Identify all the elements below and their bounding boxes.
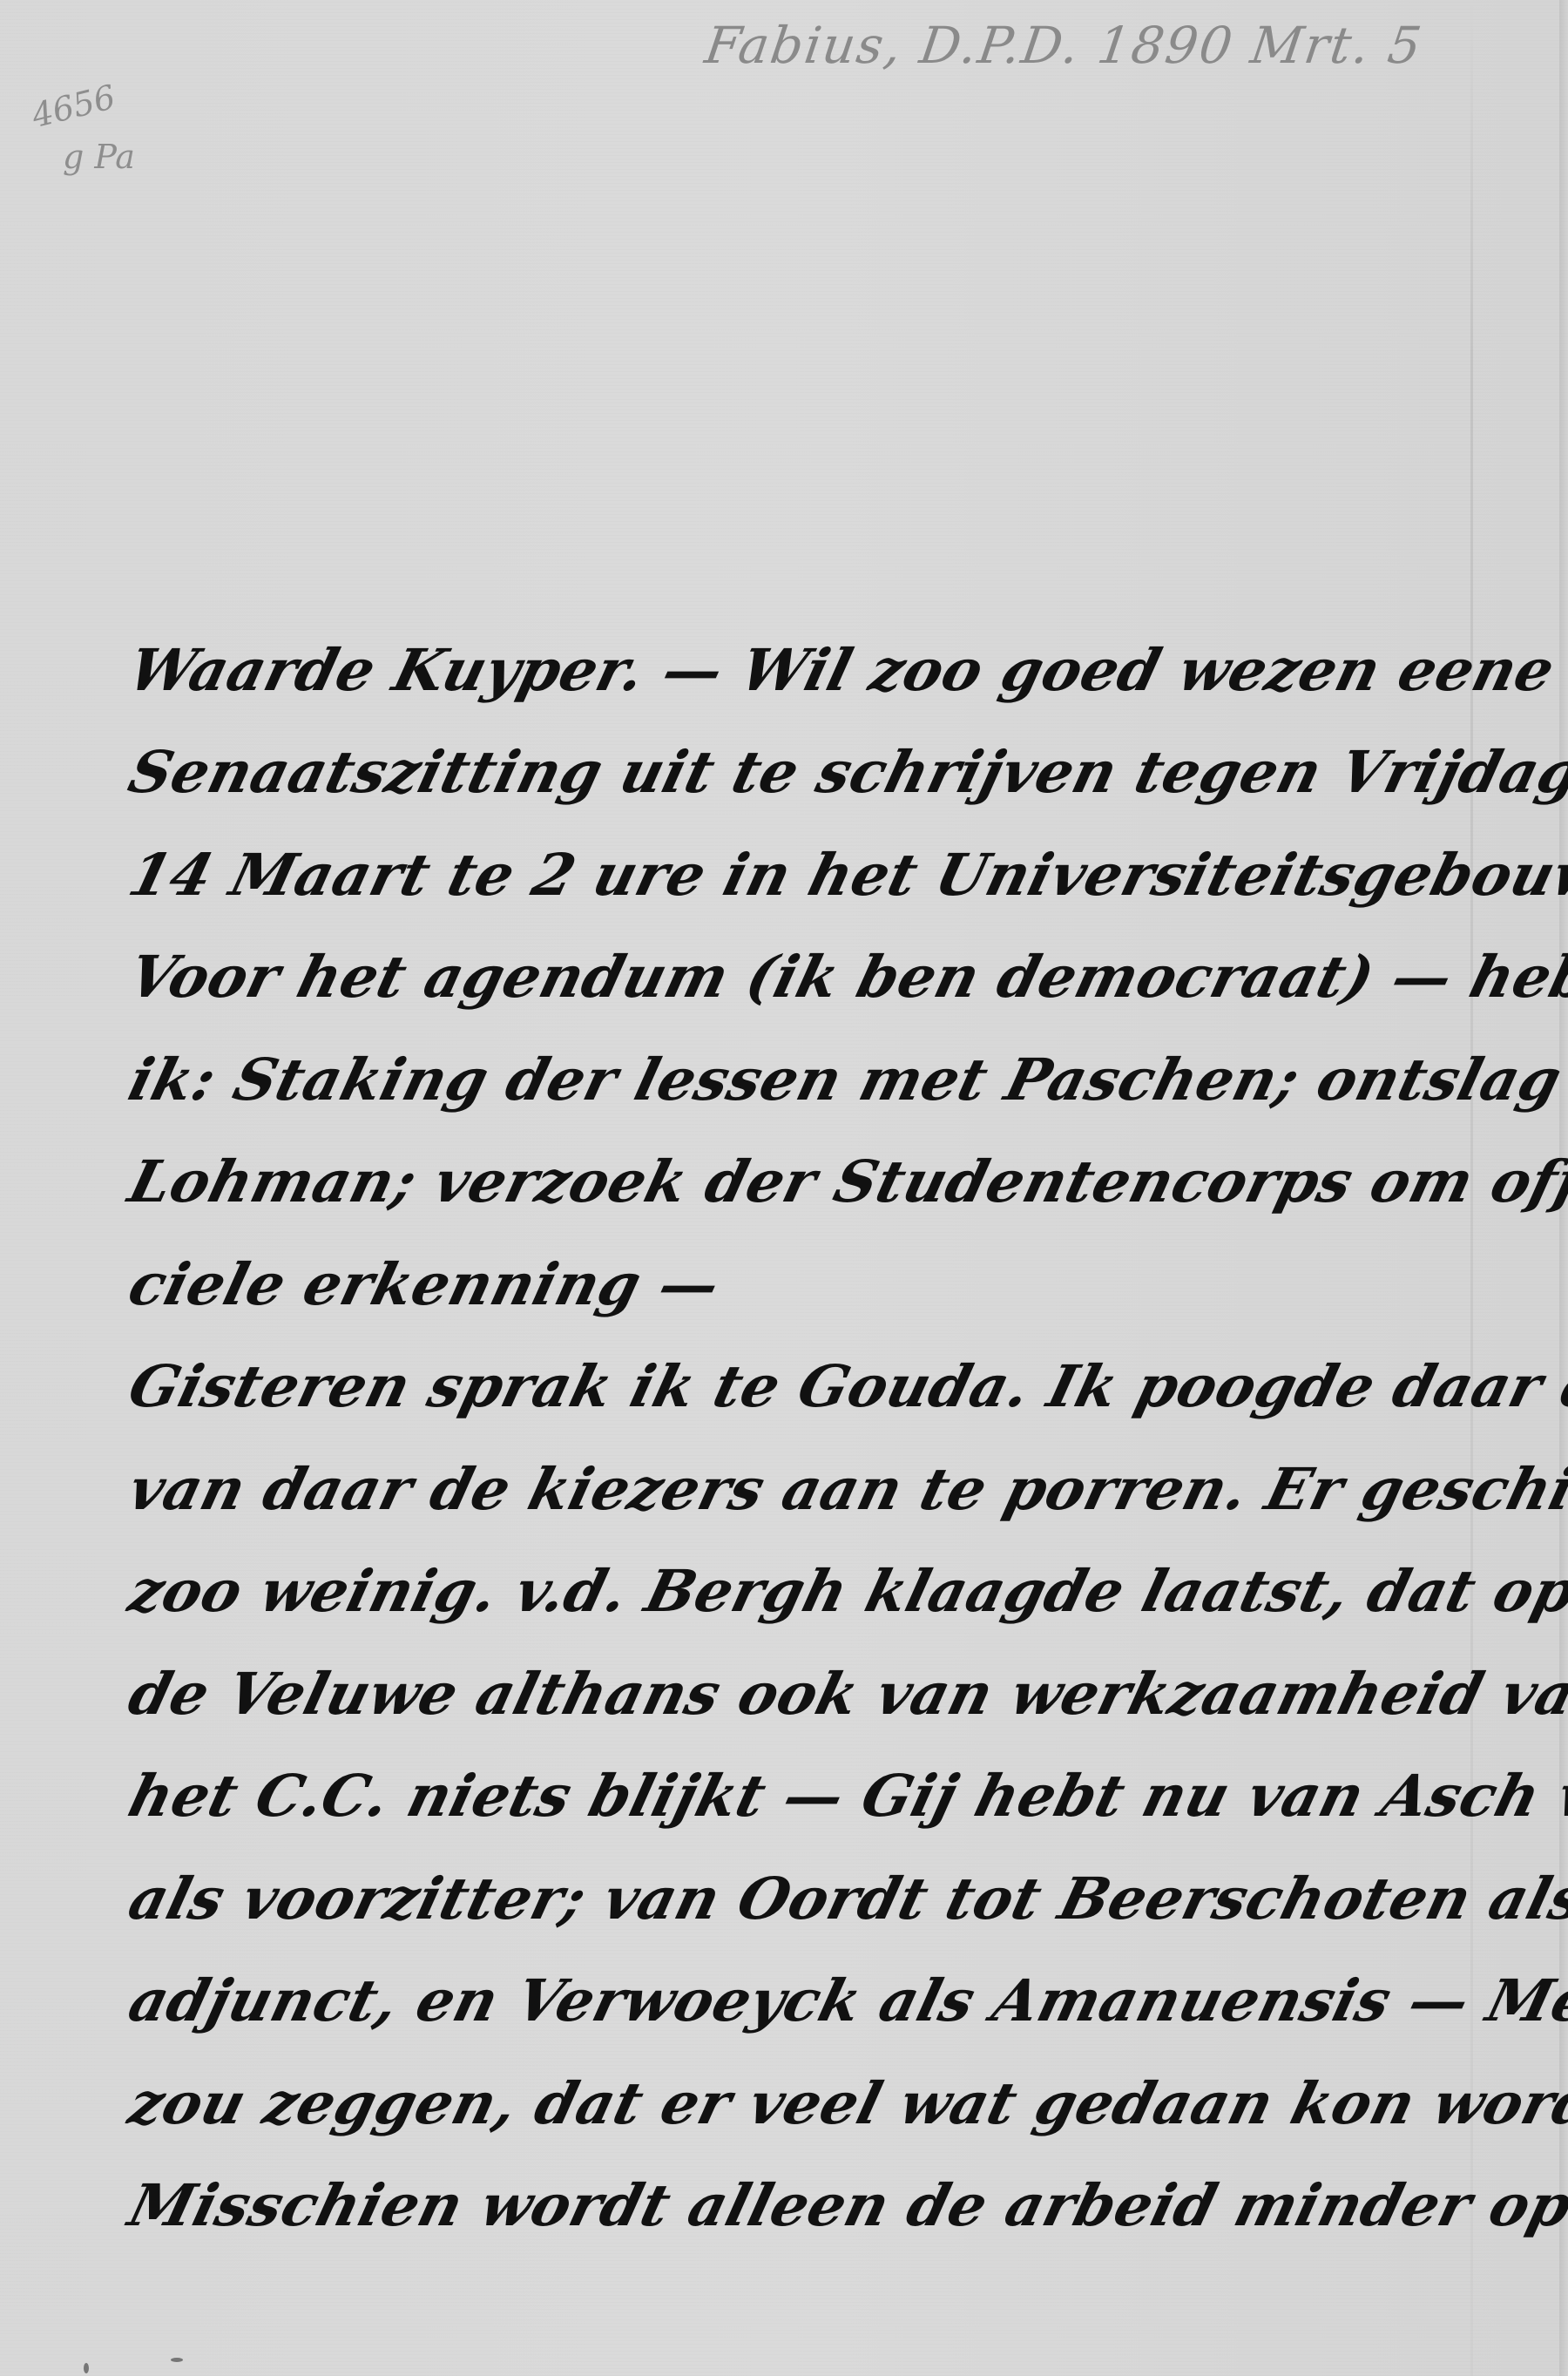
letter-line: ciele erkenning — bbox=[122, 1250, 727, 1318]
ink-speck bbox=[171, 2358, 183, 2362]
scanned-letter-page: Fabius, D.P.D. 1890 Mrt. 5 4656 g Pa Waa… bbox=[0, 0, 1568, 2376]
letter-line: de Veluwe althans ook van werkzaamheid v… bbox=[122, 1660, 1568, 1728]
letter-line: ik: Staking der lessen met Paschen; onts… bbox=[122, 1046, 1568, 1114]
letter-line: Voor het agendum (ik ben democraat) — he… bbox=[122, 943, 1568, 1011]
letter-line: als voorzitter; van Oordt tot Beerschote… bbox=[122, 1865, 1568, 1933]
letter-line: van daar de kiezers aan te porren. Er ge… bbox=[122, 1455, 1568, 1523]
letter-line: 14 Maart te 2 ure in het Universiteitsge… bbox=[122, 841, 1568, 909]
letter-line: zoo weinig. v.d. Bergh klaagde laatst, d… bbox=[122, 1557, 1568, 1625]
letter-line: Senaatszitting uit te schrijven tegen Vr… bbox=[122, 738, 1568, 806]
archive-header-annotation: Fabius, D.P.D. 1890 Mrt. 5 bbox=[701, 16, 1426, 75]
letter-line: adjunct, en Verwoeyck als Amanuensis — M… bbox=[122, 1966, 1568, 2034]
letter-line: Lohman; verzoek der Studentencorps om of… bbox=[122, 1147, 1568, 1215]
archive-code-annotation: g Pa bbox=[63, 138, 135, 176]
ink-speck bbox=[84, 2363, 89, 2373]
letter-line: Misschien wordt alleen de arbeid minder … bbox=[122, 2171, 1568, 2239]
letter-line: zou zeggen, dat er veel wat gedaan kon w… bbox=[122, 2069, 1568, 2137]
archive-number-annotation: 4656 bbox=[28, 78, 118, 135]
letter-line: het C.C. niets blijkt — Gij hebt nu van … bbox=[122, 1762, 1568, 1830]
letter-line: Waarde Kuyper. — Wil zoo goed wezen eene bbox=[122, 636, 1561, 704]
letter-line: Gisteren sprak ik te Gouda. Ik poogde da… bbox=[122, 1352, 1568, 1420]
